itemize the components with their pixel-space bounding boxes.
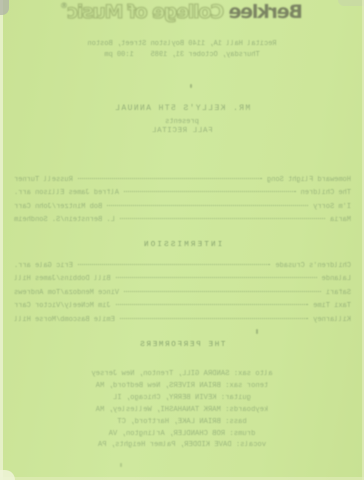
program-row: LalandeBill Dobbins/James Hill <box>14 275 351 288</box>
song-credit: Vince Mendoza/Tom Andrews <box>14 289 119 297</box>
logo-wordmark-college-of-music: College of Music <box>68 1 230 23</box>
program-row: SafariVince Mendoza/Tom Andrews <box>14 289 351 302</box>
date-time-line: Thursday, October 31, 1985 1:00 pm <box>0 51 364 59</box>
presents-line: presents <box>0 118 364 126</box>
performer-line: guitar: KEVIN BERRY, Chicago, IL <box>0 393 364 405</box>
song-title: Homeward Flight Song <box>267 176 351 184</box>
song-credit: Alfred James Ellison arr. <box>14 189 119 197</box>
performer-line: alto sax: SANDRA GILL, Trenton, New Jers… <box>0 369 364 381</box>
performers-list: alto sax: SANDRA GILL, Trenton, New Jers… <box>0 369 364 452</box>
program-list-second-half: Children's CrusadeEric Gale arr.LalandeB… <box>14 262 351 329</box>
performer-line: keyboards: MARK TANAHASHI, Wellesley, MA <box>0 405 364 417</box>
program-row: The ChildrenAlfred James Ellison arr. <box>14 189 351 202</box>
song-credit: Bill Dobbins/James Hill <box>14 275 111 283</box>
leader-dots <box>124 191 296 192</box>
registered-trademark-icon: ® <box>61 1 68 10</box>
song-title: Taxi Time <box>313 302 351 310</box>
song-credit: Jim McNeely/Victor Carr <box>14 302 111 310</box>
presenter-title-line: MR. KELLY'S 5TH ANNUAL <box>0 104 364 113</box>
song-credit: Russell Turner <box>14 176 73 184</box>
program-row: Taxi TimeJim McNeely/Victor Carr <box>14 302 351 315</box>
song-title: Safari <box>326 289 351 297</box>
leader-dots <box>120 318 308 319</box>
leader-dots <box>116 277 317 278</box>
program-row: MariaL. Bernstein/S. Sondheim <box>14 216 351 229</box>
leader-dots <box>116 304 309 305</box>
berklee-logo: Berklee College of Music® <box>0 1 364 23</box>
program-row: KillarneyEmile Bascomb/Morse Hill <box>14 316 351 329</box>
logo-wordmark-berklee: Berklee <box>230 1 303 23</box>
performer-line: drums: ROB CHANDLER, Arlington, VA <box>0 429 364 441</box>
song-title: I'm Sorry <box>313 203 351 211</box>
scan-shadow-top-right <box>338 0 364 6</box>
song-credit: L. Bernstein/S. Sondheim <box>14 216 115 224</box>
leader-dots <box>107 205 308 206</box>
song-title: The Children <box>301 189 351 197</box>
performer-line: bass: BRIAN LAKE, Hartford, CT <box>0 417 364 429</box>
ink-speck <box>120 463 122 467</box>
song-credit: Eric Gale arr. <box>14 262 73 270</box>
performers-heading: THE PERFORMERS <box>0 341 364 349</box>
song-credit: Bob Mintzer/John Carr <box>14 203 102 211</box>
recital-title-line: FALL RECITAL <box>0 127 364 135</box>
ink-speck <box>256 329 258 334</box>
leader-dots <box>120 218 325 219</box>
leader-dots <box>78 264 271 265</box>
performer-line: tenor sax: BRIAN RIVERS, New Bedford, MA <box>0 381 364 393</box>
program-row: I'm SorryBob Mintzer/John Carr <box>14 203 351 216</box>
song-title: Killarney <box>313 316 351 324</box>
program-list-first-half: Homeward Flight SongRussell TurnerThe Ch… <box>14 176 351 230</box>
performer-line: vocals: DAVE KIDDER, Palmer Heights, PA <box>0 440 364 452</box>
leader-dots <box>78 178 262 179</box>
leader-dots <box>124 291 321 292</box>
program-row: Children's CrusadeEric Gale arr. <box>14 262 351 275</box>
program-row: Homeward Flight SongRussell Turner <box>14 176 351 189</box>
venue-line: Recital Hall 1A, 1140 Boylston Street, B… <box>0 40 364 48</box>
ink-speck <box>190 84 192 88</box>
scanned-program-page: Berklee College of Music® Recital Hall 1… <box>0 0 364 480</box>
song-title: Children's Crusade <box>275 262 351 270</box>
song-credit: Emile Bascomb/Morse Hill <box>14 316 115 324</box>
song-title: Lalande <box>322 275 351 283</box>
intermission-heading: INTERMISSION <box>0 241 364 249</box>
song-title: Maria <box>330 216 351 224</box>
mirrored-bleedthrough-content: Berklee College of Music® Recital Hall 1… <box>0 0 364 480</box>
paper-left-edge <box>0 0 3 480</box>
